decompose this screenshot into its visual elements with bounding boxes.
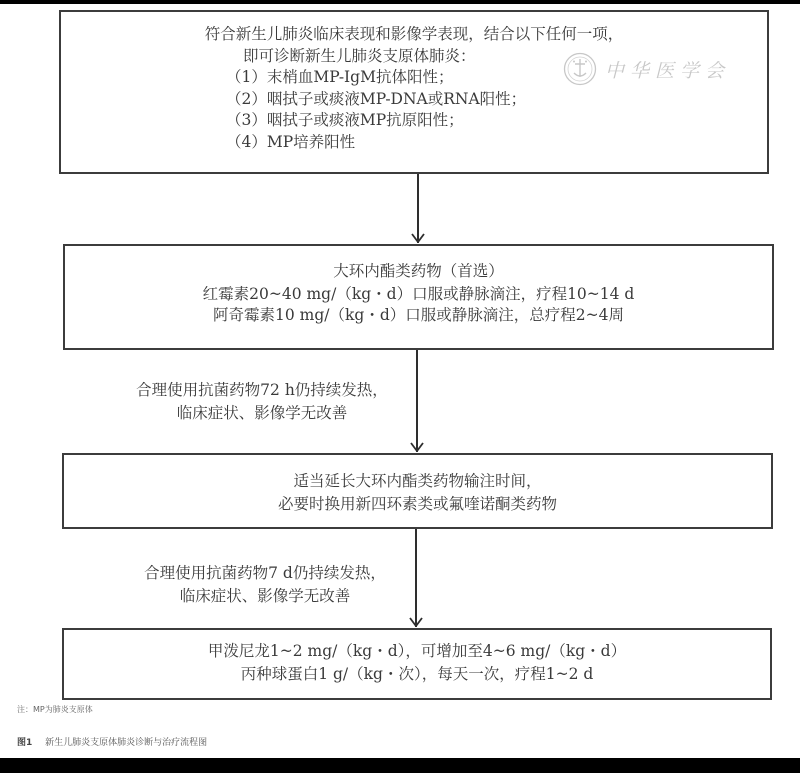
criterion-2: （2）咽拭子或痰液MP-DNA或RNA阳性； [226, 89, 767, 111]
second-line-text-1: 适当延长大环内酯类药物输注时间， [64, 470, 771, 493]
escalation-condition-7d: 合理使用抗菌药物7 d仍持续发热， 临床症状、影像学无改善 [118, 562, 412, 608]
second-line-treatment-box: 适当延长大环内酯类药物输注时间， 必要时换用新四环素类或氟喹诺酮类药物 [62, 453, 773, 529]
criterion-4: （4）MP培养阳性 [226, 132, 767, 154]
first-line-drug-list: 红霉素20~40 mg/（kg・d）口服或静脉滴注，疗程10~14 d 阿奇霉素… [65, 284, 772, 326]
arrow-first-to-second-line [416, 350, 418, 452]
arrowhead-down-icon [410, 442, 424, 452]
first-line-treatment-box: 大环内酯类药物（首选） 红霉素20~40 mg/（kg・d）口服或静脉滴注，疗程… [63, 244, 774, 350]
figure-label: 图1 [17, 738, 32, 748]
figure-title: 新生儿肺炎支原体肺炎诊断与治疗流程图 [45, 738, 207, 748]
figure-caption: 图1 新生儿肺炎支原体肺炎诊断与治疗流程图 [17, 735, 207, 748]
abbreviation-note: 注：MP为肺炎支原体 [17, 704, 93, 715]
escalation-condition-72h: 合理使用抗菌药物72 h仍持续发热， 临床症状、影像学无改善 [112, 379, 412, 425]
bottom-frame-bar [0, 758, 800, 773]
first-line-title: 大环内酯类药物（首选） [65, 260, 772, 282]
condition-7d-line-1: 合理使用抗菌药物7 d仍持续发热， [118, 562, 412, 585]
immunoglobulin-dosage: 丙种球蛋白1 g/（kg・次），每天一次，疗程1~2 d [64, 663, 770, 686]
condition-7d-line-2: 临床症状、影像学无改善 [118, 585, 412, 608]
publisher-watermark: 中华医学会 [563, 48, 743, 90]
condition-72h-line-2: 临床症状、影像学无改善 [112, 402, 412, 425]
criterion-3: （3）咽拭子或痰液MP抗原阳性； [226, 110, 767, 132]
arrow-second-to-third-line [415, 529, 417, 627]
methylprednisolone-dosage: 甲泼尼龙1~2 mg/（kg・d），可增加至4~6 mg/（kg・d） [64, 640, 770, 663]
arrowhead-down-icon [411, 233, 425, 243]
watermark-text: 中华医学会 [605, 56, 730, 83]
seal-emblem-icon [563, 52, 597, 86]
top-frame-bar [0, 0, 800, 4]
third-line-treatment-box: 甲泼尼龙1~2 mg/（kg・d），可增加至4~6 mg/（kg・d） 丙种球蛋… [62, 628, 772, 700]
arrowhead-down-icon [409, 617, 423, 627]
second-line-text-2: 必要时换用新四环素类或氟喹诺酮类药物 [64, 493, 771, 516]
diagnosis-heading-line-1: 符合新生儿肺炎临床表现和影像学表现，结合以下任何一项， [61, 23, 767, 45]
azithromycin-dosage: 阿奇霉素10 mg/（kg・d）口服或静脉滴注，总疗程2~4周 [65, 305, 772, 326]
diagnosis-criteria-box: 符合新生儿肺炎临床表现和影像学表现，结合以下任何一项， 即可诊断新生儿肺炎支原体… [59, 10, 769, 174]
erythromycin-dosage: 红霉素20~40 mg/（kg・d）口服或静脉滴注，疗程10~14 d [65, 284, 772, 305]
condition-72h-line-1: 合理使用抗菌药物72 h仍持续发热， [112, 379, 412, 402]
